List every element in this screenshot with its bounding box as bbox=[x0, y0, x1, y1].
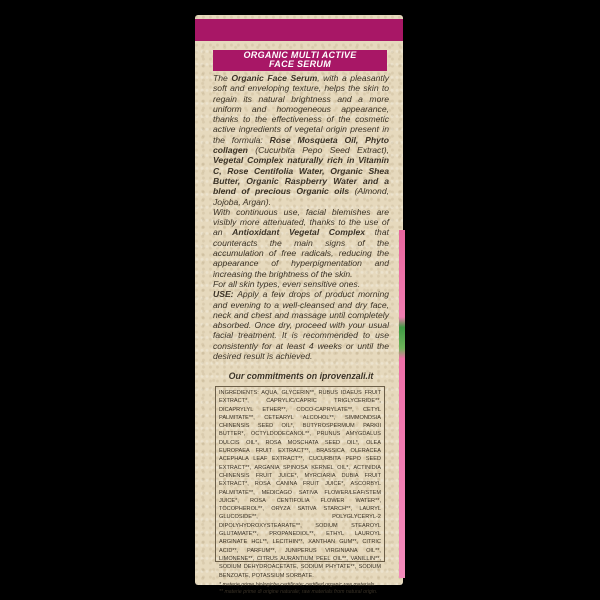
skin-types-text: For all skin types, even sensitive ones. bbox=[213, 279, 360, 289]
product-title-line2: FACE SERUM bbox=[213, 60, 387, 69]
use-label: USE: bbox=[213, 289, 234, 299]
use-instructions: Apply a few drops of product morning and… bbox=[213, 289, 389, 361]
commitments-link-text: Our commitments on iprovenzali.it bbox=[213, 371, 389, 381]
product-box-side-panel: ORGANIC MULTI ACTIVE FACE SERUM The Orga… bbox=[195, 15, 403, 585]
product-description: The Organic Face Serum, with a pleasantl… bbox=[213, 73, 389, 361]
ingredients-list: INGREDIENTS: AQUA, GLYCERIN**, RUBUS IDA… bbox=[219, 389, 381, 580]
desc-bold: Organic Face Serum bbox=[231, 73, 317, 83]
footnote-natural: ** materie prime di origine naturale; ra… bbox=[219, 589, 381, 596]
product-title-banner: ORGANIC MULTI ACTIVE FACE SERUM bbox=[213, 50, 387, 71]
ingredients-box: INGREDIENTS: AQUA, GLYCERIN**, RUBUS IDA… bbox=[215, 386, 385, 562]
side-floral-strip bbox=[399, 230, 405, 578]
desc-text: The bbox=[213, 73, 231, 83]
footnote-organic: * materie prime biologiche certificate; … bbox=[219, 582, 381, 589]
footnotes: * materie prime biologiche certificate; … bbox=[219, 582, 381, 596]
desc-bold: Antioxidant Vegetal Complex bbox=[232, 227, 365, 237]
desc-text: (Cucurbita Pepo Seed Extract), bbox=[248, 145, 389, 155]
top-magenta-band bbox=[195, 19, 403, 41]
